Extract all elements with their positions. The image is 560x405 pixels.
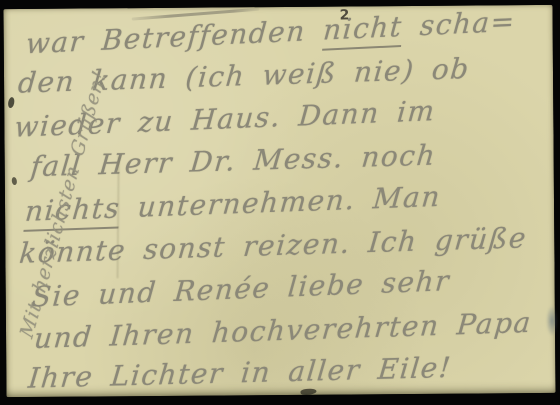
handwriting-line: Sie und Renée liebe sehr (31, 267, 451, 312)
handwriting-line: nichts unternehmen. Man (24, 183, 442, 226)
line-text: war Betreffenden (25, 14, 325, 61)
handwriting-line: fall Herr Dr. Mess. noch (29, 141, 437, 181)
paper-speck (7, 97, 15, 109)
line-text: und Ihren hochverehrten Papa (33, 306, 534, 355)
underlined-word: nicht (322, 10, 404, 51)
line-text: scha= (401, 5, 517, 43)
handwriting-line: Ihre Lichter in aller Eile! (27, 354, 453, 393)
paper-speck (11, 177, 17, 186)
handwriting-line: war Betreffenden nicht scha= (25, 8, 517, 59)
line-text: Sie und Renée liebe sehr (31, 264, 452, 314)
handwriting-line: und Ihren hochverehrten Papa (33, 309, 533, 353)
ink-smudge (546, 305, 558, 337)
handwriting-line: könnte sonst reizen. Ich grüße (18, 224, 528, 268)
scan-background: 2 war Betreffenden nicht scha= den kann … (0, 0, 560, 405)
paper-speck (300, 388, 317, 396)
postcard-page: 2 war Betreffenden nicht scha= den kann … (3, 5, 555, 397)
line-text: unternehmen. Man (119, 180, 442, 225)
line-text: Ihre Lichter in aller Eile! (27, 351, 453, 395)
